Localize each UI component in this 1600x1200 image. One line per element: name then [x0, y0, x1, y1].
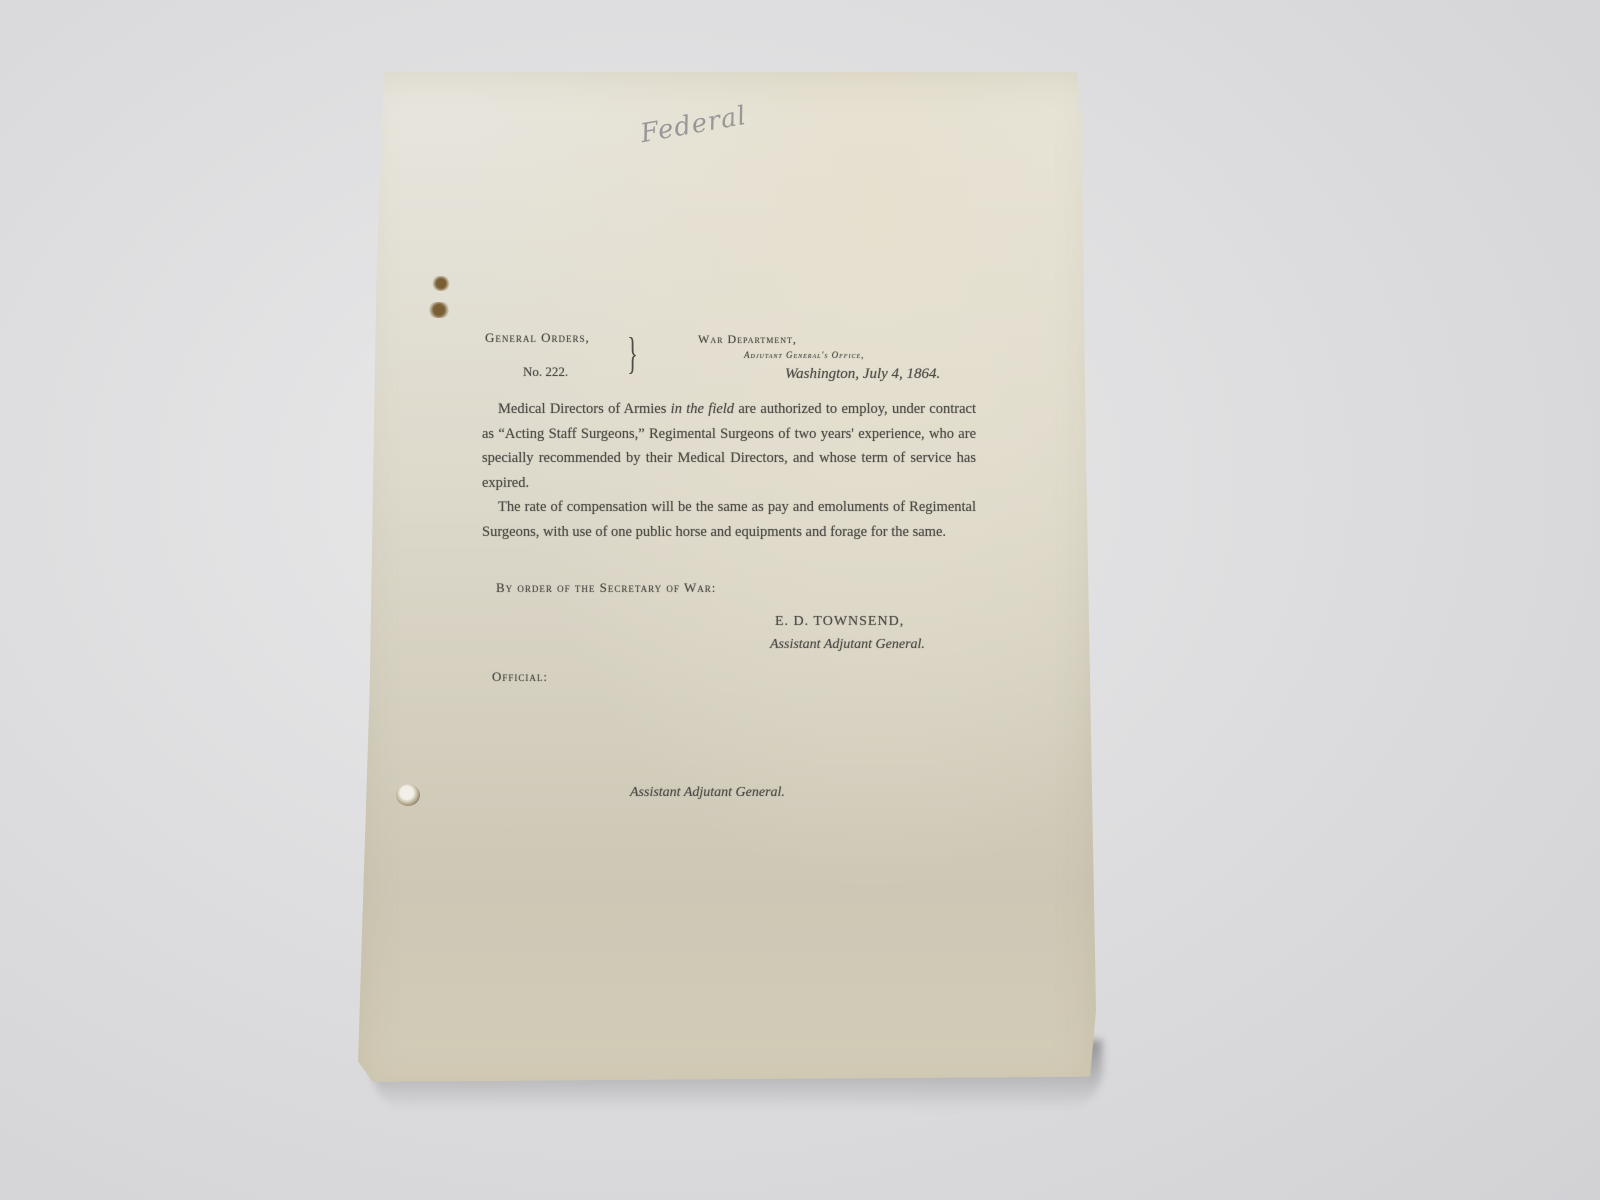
document-page	[358, 72, 1096, 1092]
order-body: Medical Directors of Armies in the field…	[482, 397, 976, 544]
emphasis-text: in the field	[671, 401, 734, 417]
order-number: No. 222.	[523, 364, 568, 380]
office-name: Adjutant General's Office,	[744, 350, 864, 360]
official-signature-title: Assistant Adjutant General.	[630, 785, 785, 801]
paragraph-compensation: The rate of compensation will be the sam…	[482, 495, 976, 544]
by-order-line: By order of the Secretary of War:	[496, 580, 716, 596]
general-orders-label: General Orders,	[485, 330, 590, 346]
signer-title: Assistant Adjutant General.	[770, 637, 925, 653]
place-date: Washington, July 4, 1864.	[785, 366, 940, 383]
department-name: War Department,	[698, 332, 797, 347]
signer-name: E. D. TOWNSEND,	[775, 614, 904, 630]
official-label: Official:	[492, 669, 548, 685]
rust-stain-upper	[432, 276, 450, 291]
rust-stain-lower	[428, 302, 450, 318]
paragraph-employment: Medical Directors of Armies in the field…	[482, 397, 976, 495]
brace-glyph: }	[627, 332, 638, 376]
punch-hole	[396, 784, 420, 806]
